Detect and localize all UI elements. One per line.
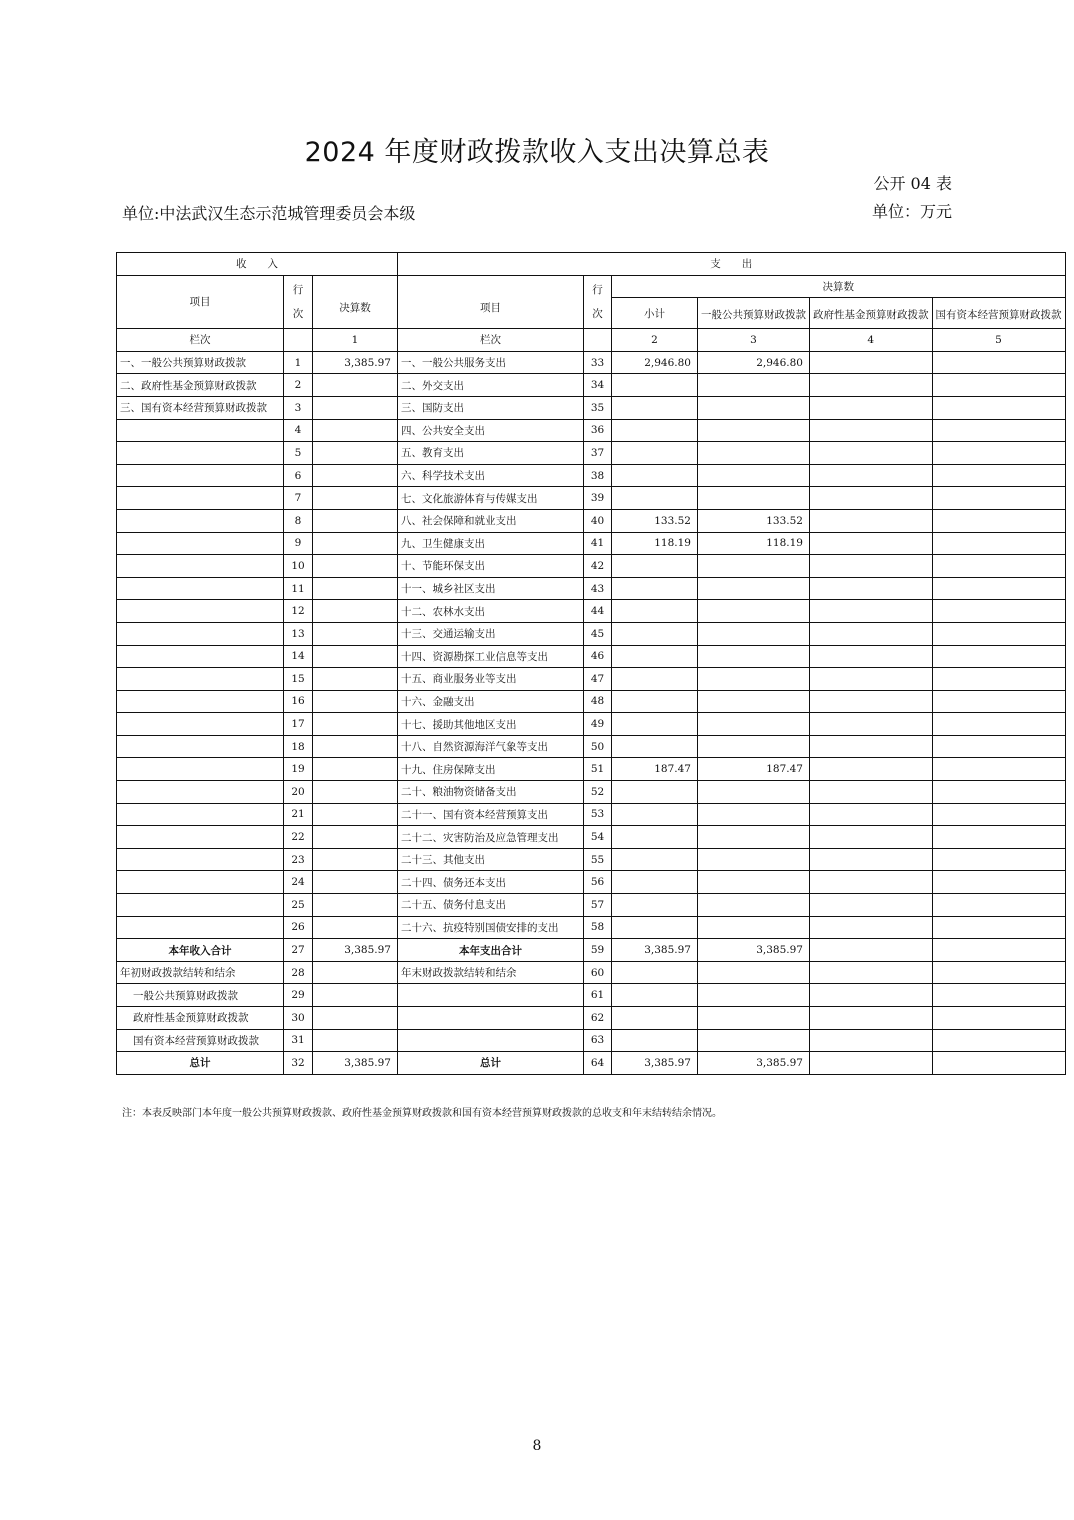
expense-row-no: 45 — [584, 622, 612, 645]
expense-general-budget — [698, 668, 810, 691]
income-amount — [313, 577, 398, 600]
income-item — [117, 916, 284, 939]
expense-gov-fund — [810, 668, 933, 691]
table-row: 9九、卫生健康支出41118.19118.19 — [117, 532, 1066, 555]
expense-state-capital — [932, 464, 1065, 487]
expense-general-budget — [698, 871, 810, 894]
table-row: 21二十一、国有资本经营预算支出53 — [117, 803, 1066, 826]
expense-state-capital — [932, 848, 1065, 871]
unit-currency: 单位：万元 — [872, 199, 952, 222]
expense-item: 十、节能环保支出 — [398, 555, 584, 578]
expense-gov-fund — [810, 419, 933, 442]
expense-row-no: 35 — [584, 396, 612, 419]
income-item — [117, 803, 284, 826]
table-row: 7七、文化旅游体育与传媒支出39 — [117, 487, 1066, 510]
table-row: 11十一、城乡社区支出43 — [117, 577, 1066, 600]
income-row-no: 20 — [284, 781, 313, 804]
income-amount — [313, 532, 398, 555]
expense-subtotal: 118.19 — [612, 532, 698, 555]
expense-general-budget — [698, 984, 810, 1007]
expense-gov-fund — [810, 894, 933, 917]
expense-state-capital — [932, 577, 1065, 600]
expense-item: 十四、资源勘探工业信息等支出 — [398, 645, 584, 668]
income-amount — [313, 668, 398, 691]
table-row: 二、政府性基金预算财政拨款2二、外交支出34 — [117, 374, 1066, 397]
income-item — [117, 532, 284, 555]
income-item — [117, 487, 284, 510]
expense-general-budget — [698, 735, 810, 758]
expense-gov-fund — [810, 622, 933, 645]
income-amount-header: 决算数 — [313, 275, 398, 329]
income-row-no: 26 — [284, 916, 313, 939]
table-row: 年初财政拨款结转和结余28年末财政拨款结转和结余60 — [117, 961, 1066, 984]
expense-gov-fund — [810, 555, 933, 578]
expense-gov-fund — [810, 961, 933, 984]
table-row: 政府性基金预算财政拨款3062 — [117, 1007, 1066, 1030]
income-amount — [313, 758, 398, 781]
income-row-no: 25 — [284, 894, 313, 917]
expense-general-budget: 3,385.97 — [698, 1052, 810, 1075]
expense-row-no: 50 — [584, 735, 612, 758]
income-amount — [313, 961, 398, 984]
expense-general-budget — [698, 487, 810, 510]
expense-gov-fund — [810, 509, 933, 532]
income-row-no: 8 — [284, 509, 313, 532]
table-row: 总计323,385.97总计643,385.973,385.97 — [117, 1052, 1066, 1075]
expense-subtotal — [612, 1029, 698, 1052]
expense-gov-fund — [810, 984, 933, 1007]
expense-gov-fund — [810, 713, 933, 736]
income-item — [117, 894, 284, 917]
expense-subtotal: 3,385.97 — [612, 1052, 698, 1075]
expense-state-capital — [932, 826, 1065, 849]
expense-state-capital — [932, 622, 1065, 645]
income-row-no: 10 — [284, 555, 313, 578]
expense-subtotal — [612, 464, 698, 487]
expense-item: 二十、粮油物资储备支出 — [398, 781, 584, 804]
expense-subtotal — [612, 645, 698, 668]
expense-state-capital — [932, 735, 1065, 758]
expense-row-no: 42 — [584, 555, 612, 578]
expense-item: 十二、农林水支出 — [398, 600, 584, 623]
expense-gov-fund — [810, 1052, 933, 1075]
table-row: 14十四、资源勘探工业信息等支出46 — [117, 645, 1066, 668]
expense-item: 二十五、债务付息支出 — [398, 894, 584, 917]
income-amount — [313, 984, 398, 1007]
income-item — [117, 622, 284, 645]
expense-general-budget — [698, 961, 810, 984]
expense-row-no: 41 — [584, 532, 612, 555]
income-amount — [313, 803, 398, 826]
expense-state-capital — [932, 961, 1065, 984]
income-amount — [313, 1029, 398, 1052]
expense-item: 十六、金融支出 — [398, 690, 584, 713]
income-item: 一般公共预算财政拨款 — [117, 984, 284, 1007]
expense-rowno-header: 行次 — [584, 275, 612, 329]
income-item: 年初财政拨款结转和结余 — [117, 961, 284, 984]
expense-subtotal — [612, 1007, 698, 1030]
expense-row-no: 64 — [584, 1052, 612, 1075]
income-amount — [313, 690, 398, 713]
expense-item: 二十六、抗疫特别国债安排的支出 — [398, 916, 584, 939]
income-item: 本年收入合计 — [117, 939, 284, 962]
expense-general-budget — [698, 442, 810, 465]
expense-row-no: 39 — [584, 487, 612, 510]
income-amount — [313, 442, 398, 465]
expense-row-no: 33 — [584, 351, 612, 374]
expense-gov-fund — [810, 1029, 933, 1052]
expense-state-capital — [932, 374, 1065, 397]
expense-item: 二十三、其他支出 — [398, 848, 584, 871]
expense-state-capital — [932, 894, 1065, 917]
expense-item: 二、外交支出 — [398, 374, 584, 397]
expense-general-budget — [698, 803, 810, 826]
expense-row-no: 48 — [584, 690, 612, 713]
expense-gov-fund — [810, 351, 933, 374]
expense-gov-fund — [810, 464, 933, 487]
page-number: 8 — [0, 1438, 1074, 1454]
expense-row-no: 37 — [584, 442, 612, 465]
income-amount — [313, 848, 398, 871]
expense-row-no: 47 — [584, 668, 612, 691]
expense-item: 二十二、灾害防治及应急管理支出 — [398, 826, 584, 849]
income-item: 总计 — [117, 1052, 284, 1075]
income-item — [117, 781, 284, 804]
expense-state-capital — [932, 532, 1065, 555]
expense-gov-fund — [810, 781, 933, 804]
income-row-no: 17 — [284, 713, 313, 736]
col-label: 栏次 — [398, 329, 584, 352]
table-row: 25二十五、债务付息支出57 — [117, 894, 1066, 917]
expense-subtotal — [612, 781, 698, 804]
income-item: 二、政府性基金预算财政拨款 — [117, 374, 284, 397]
income-amount — [313, 894, 398, 917]
expense-gov-fund — [810, 645, 933, 668]
expense-item: 本年支出合计 — [398, 939, 584, 962]
income-item — [117, 577, 284, 600]
expense-gov-fund — [810, 758, 933, 781]
expense-general-budget — [698, 645, 810, 668]
income-item — [117, 871, 284, 894]
income-item — [117, 826, 284, 849]
expense-item-header: 项目 — [398, 275, 584, 329]
expense-subtotal — [612, 419, 698, 442]
expense-subtotal: 187.47 — [612, 758, 698, 781]
table-row: 22二十二、灾害防治及应急管理支出54 — [117, 826, 1066, 849]
expense-gov-fund — [810, 826, 933, 849]
expense-item — [398, 1029, 584, 1052]
table-row: 16十六、金融支出48 — [117, 690, 1066, 713]
expense-subtotal — [612, 690, 698, 713]
expense-item: 二十四、债务还本支出 — [398, 871, 584, 894]
expense-item: 八、社会保障和就业支出 — [398, 509, 584, 532]
expense-state-capital — [932, 758, 1065, 781]
expense-state-capital — [932, 555, 1065, 578]
income-row-no: 16 — [284, 690, 313, 713]
income-item — [117, 758, 284, 781]
income-item: 国有资本经营预算财政拨款 — [117, 1029, 284, 1052]
income-row-no: 15 — [284, 668, 313, 691]
expense-row-no: 56 — [584, 871, 612, 894]
income-row-no: 5 — [284, 442, 313, 465]
expense-gov-fund — [810, 442, 933, 465]
expense-general-budget — [698, 826, 810, 849]
table-row: 26二十六、抗疫特别国债安排的支出58 — [117, 916, 1066, 939]
col-num-2: 2 — [612, 329, 698, 352]
expense-state-capital — [932, 668, 1065, 691]
col-num-3: 3 — [698, 329, 810, 352]
page-title: 2024 年度财政拨款收入支出决算总表 — [0, 130, 1074, 169]
expense-row-no: 61 — [584, 984, 612, 1007]
expense-subtotal — [612, 622, 698, 645]
expense-subtotal — [612, 487, 698, 510]
expense-general-budget: 118.19 — [698, 532, 810, 555]
expense-state-capital — [932, 396, 1065, 419]
income-item — [117, 713, 284, 736]
expense-item: 十一、城乡社区支出 — [398, 577, 584, 600]
expense-subtotal: 133.52 — [612, 509, 698, 532]
expense-general-budget — [698, 1029, 810, 1052]
income-item — [117, 668, 284, 691]
expense-row-no: 36 — [584, 419, 612, 442]
expense-subtotal — [612, 396, 698, 419]
table-row: 10十、节能环保支出42 — [117, 555, 1066, 578]
expense-row-no: 46 — [584, 645, 612, 668]
expense-row-no: 55 — [584, 848, 612, 871]
expense-row-no: 57 — [584, 894, 612, 917]
col-num-1: 1 — [313, 329, 398, 352]
income-amount — [313, 555, 398, 578]
expense-row-no: 44 — [584, 600, 612, 623]
income-row-no: 32 — [284, 1052, 313, 1075]
income-amount — [313, 487, 398, 510]
expense-row-no: 38 — [584, 464, 612, 487]
expense-subtotal — [612, 735, 698, 758]
income-amount — [313, 916, 398, 939]
income-item — [117, 419, 284, 442]
expense-item: 一、一般公共服务支出 — [398, 351, 584, 374]
expense-state-capital — [932, 871, 1065, 894]
expense-general-budget: 3,385.97 — [698, 939, 810, 962]
income-row-no: 27 — [284, 939, 313, 962]
expense-subtotal — [612, 961, 698, 984]
expense-row-no: 43 — [584, 577, 612, 600]
income-row-no: 6 — [284, 464, 313, 487]
income-row-no: 28 — [284, 961, 313, 984]
expense-item — [398, 984, 584, 1007]
expense-subtotal: 2,946.80 — [612, 351, 698, 374]
income-row-no: 3 — [284, 396, 313, 419]
expense-general-budget — [698, 894, 810, 917]
expense-general-budget — [698, 848, 810, 871]
income-amount — [313, 1007, 398, 1030]
table-row: 三、国有资本经营预算财政拨款3三、国防支出35 — [117, 396, 1066, 419]
table-row: 20二十、粮油物资储备支出52 — [117, 781, 1066, 804]
expense-gov-fund — [810, 916, 933, 939]
expense-general-budget: 2,946.80 — [698, 351, 810, 374]
expense-state-capital — [932, 781, 1065, 804]
expense-state-capital — [932, 916, 1065, 939]
expense-state-capital — [932, 487, 1065, 510]
expense-subtotal — [612, 826, 698, 849]
expense-gov-fund — [810, 871, 933, 894]
expense-gov-fund — [810, 374, 933, 397]
expense-general-budget — [698, 713, 810, 736]
expense-subtotal — [612, 600, 698, 623]
income-row-no: 12 — [284, 600, 313, 623]
expense-general-budget — [698, 1007, 810, 1030]
table-row: 15十五、商业服务业等支出47 — [117, 668, 1066, 691]
expense-general-budget — [698, 781, 810, 804]
income-item — [117, 848, 284, 871]
expense-gov-fund — [810, 487, 933, 510]
income-row-no: 11 — [284, 577, 313, 600]
income-amount: 3,385.97 — [313, 1052, 398, 1075]
expense-gov-fund — [810, 600, 933, 623]
expense-general-budget — [698, 690, 810, 713]
expense-item: 总计 — [398, 1052, 584, 1075]
expense-subtotal — [612, 713, 698, 736]
income-row-no: 21 — [284, 803, 313, 826]
expense-item: 十九、住房保障支出 — [398, 758, 584, 781]
income-item — [117, 442, 284, 465]
table-row: 17十七、援助其他地区支出49 — [117, 713, 1066, 736]
expense-general-budget — [698, 555, 810, 578]
expense-item: 三、国防支出 — [398, 396, 584, 419]
income-row-no: 13 — [284, 622, 313, 645]
footnote: 注：本表反映部门本年度一般公共预算财政拨款、政府性基金预算财政拨款和国有资本经营… — [122, 1104, 722, 1119]
income-row-no: 4 — [284, 419, 313, 442]
table-row: 6六、科学技术支出38 — [117, 464, 1066, 487]
general-budget-header: 一般公共预算财政拨款 — [698, 298, 810, 329]
expense-state-capital — [932, 509, 1065, 532]
col-num-4: 4 — [810, 329, 933, 352]
state-capital-header: 国有资本经营预算财政拨款 — [932, 298, 1065, 329]
expense-item: 十五、商业服务业等支出 — [398, 668, 584, 691]
table-row: 23二十三、其他支出55 — [117, 848, 1066, 871]
expense-gov-fund — [810, 577, 933, 600]
income-amount — [313, 735, 398, 758]
income-row-no: 18 — [284, 735, 313, 758]
expense-row-no: 52 — [584, 781, 612, 804]
expense-state-capital — [932, 419, 1065, 442]
table-row: 24二十四、债务还本支出56 — [117, 871, 1066, 894]
income-rowno-header: 行次 — [284, 275, 313, 329]
income-item — [117, 735, 284, 758]
expense-gov-fund — [810, 848, 933, 871]
income-row-no: 29 — [284, 984, 313, 1007]
budget-table: 收 入 支 出 项目 行次 决算数 项目 行次 决算数 小计 一般公共预算财政拨… — [116, 252, 1066, 1075]
expense-general-budget — [698, 622, 810, 645]
income-row-no: 23 — [284, 848, 313, 871]
expense-state-capital — [932, 803, 1065, 826]
income-item — [117, 645, 284, 668]
expense-item: 七、文化旅游体育与传媒支出 — [398, 487, 584, 510]
expense-subtotal — [612, 442, 698, 465]
expense-item: 五、教育支出 — [398, 442, 584, 465]
income-amount — [313, 645, 398, 668]
expense-subtotal — [612, 894, 698, 917]
table-row: 18十八、自然资源海洋气象等支出50 — [117, 735, 1066, 758]
income-amount — [313, 622, 398, 645]
income-row-no: 19 — [284, 758, 313, 781]
form-number: 公开 04 表 — [873, 171, 952, 194]
income-amount — [313, 713, 398, 736]
expense-item: 九、卫生健康支出 — [398, 532, 584, 555]
expense-general-budget — [698, 419, 810, 442]
expense-state-capital — [932, 1052, 1065, 1075]
table-row: 5五、教育支出37 — [117, 442, 1066, 465]
expense-header: 支 出 — [398, 253, 1066, 276]
income-item — [117, 600, 284, 623]
expense-row-no: 58 — [584, 916, 612, 939]
expense-item: 十七、援助其他地区支出 — [398, 713, 584, 736]
expense-state-capital — [932, 984, 1065, 1007]
expense-general-budget — [698, 464, 810, 487]
expense-general-budget — [698, 577, 810, 600]
income-amount — [313, 464, 398, 487]
income-row-no: 2 — [284, 374, 313, 397]
expense-state-capital — [932, 1007, 1065, 1030]
table-row: 一、一般公共预算财政拨款13,385.97一、一般公共服务支出332,946.8… — [117, 351, 1066, 374]
expense-row-no: 40 — [584, 509, 612, 532]
expense-row-no: 51 — [584, 758, 612, 781]
expense-gov-fund — [810, 396, 933, 419]
income-amount — [313, 600, 398, 623]
expense-row-no: 63 — [584, 1029, 612, 1052]
income-item — [117, 690, 284, 713]
expense-general-budget: 133.52 — [698, 509, 810, 532]
expense-state-capital — [932, 442, 1065, 465]
income-amount — [313, 871, 398, 894]
table-row: 12十二、农林水支出44 — [117, 600, 1066, 623]
gov-fund-header: 政府性基金预算财政拨款 — [810, 298, 933, 329]
expense-subtotal — [612, 668, 698, 691]
income-amount — [313, 509, 398, 532]
expense-general-budget — [698, 916, 810, 939]
income-row-no: 7 — [284, 487, 313, 510]
expense-gov-fund — [810, 690, 933, 713]
income-amount: 3,385.97 — [313, 351, 398, 374]
expense-state-capital — [932, 690, 1065, 713]
unit-organization: 单位:中法武汉生态示范城管理委员会本级 — [122, 199, 452, 228]
expense-subtotal — [612, 803, 698, 826]
expense-item: 四、公共安全支出 — [398, 419, 584, 442]
expense-state-capital — [932, 939, 1065, 962]
expense-subtotal — [612, 374, 698, 397]
table-row: 国有资本经营预算财政拨款3163 — [117, 1029, 1066, 1052]
expense-item: 年末财政拨款结转和结余 — [398, 961, 584, 984]
subtotal-header: 小计 — [612, 298, 698, 329]
income-item: 三、国有资本经营预算财政拨款 — [117, 396, 284, 419]
expense-row-no: 49 — [584, 713, 612, 736]
expense-item: 十三、交通运输支出 — [398, 622, 584, 645]
expense-general-budget: 187.47 — [698, 758, 810, 781]
expense-subtotal — [612, 577, 698, 600]
col-num-5: 5 — [932, 329, 1065, 352]
income-row-no: 1 — [284, 351, 313, 374]
expense-subtotal — [612, 848, 698, 871]
expense-row-no: 34 — [584, 374, 612, 397]
expense-gov-fund — [810, 1007, 933, 1030]
expense-item — [398, 1007, 584, 1030]
expense-state-capital — [932, 1029, 1065, 1052]
table-row: 一般公共预算财政拨款2961 — [117, 984, 1066, 1007]
expense-subtotal: 3,385.97 — [612, 939, 698, 962]
expense-row-no: 62 — [584, 1007, 612, 1030]
expense-subtotal — [612, 871, 698, 894]
expense-item: 二十一、国有资本经营预算支出 — [398, 803, 584, 826]
